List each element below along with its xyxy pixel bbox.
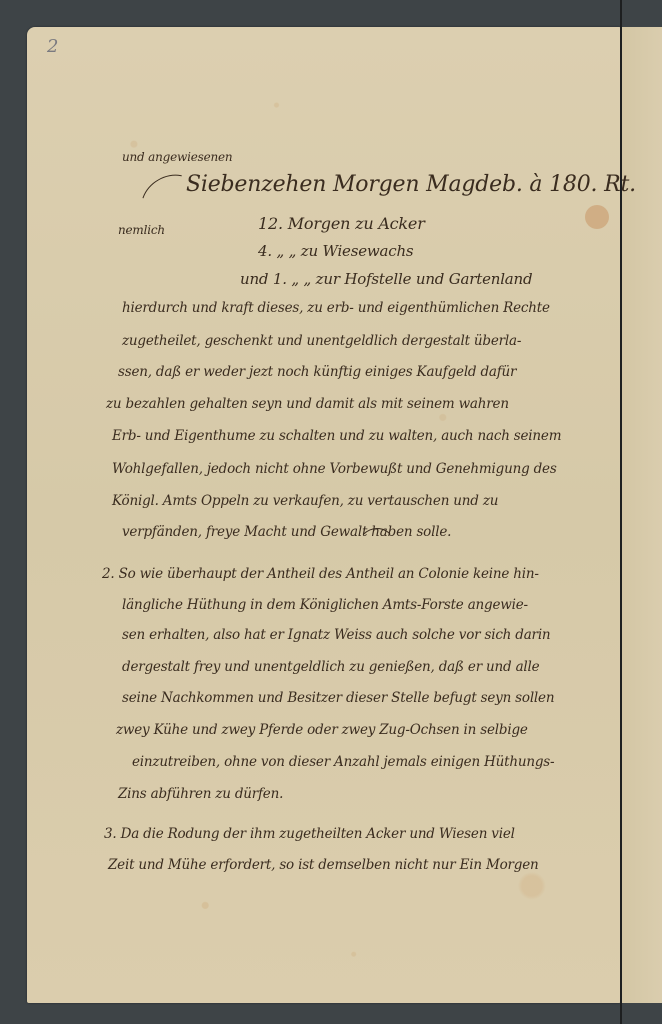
binding-gap xyxy=(620,0,622,1024)
text-line: zugetheilet, geschenkt und unentgeldlich… xyxy=(122,333,521,349)
paper-stain xyxy=(585,205,609,229)
text-line-heading: Siebenzehen Morgen Magdeb. à 180. Rt. xyxy=(186,172,636,197)
text-line: und 1. „ „ zur Hofstelle und Gartenland xyxy=(240,270,532,288)
text-line: zu bezahlen gehalten seyn und damit als … xyxy=(106,396,509,412)
text-line-section-3: 3. Da die Rodung der ihm zugetheilten Ac… xyxy=(104,826,515,842)
text-line: 12. Morgen zu Acker xyxy=(258,214,425,233)
text-line: sen erhalten, also hat er Ignatz Weiss a… xyxy=(122,627,550,643)
text-line: und angewiesenen xyxy=(122,150,232,164)
text-line-section-2: 2. So wie überhaupt der Antheil des Anth… xyxy=(102,566,539,582)
text-line: seine Nachkommen und Besitzer dieser Ste… xyxy=(122,690,554,706)
text-line: einzutreiben, ohne von dieser Anzahl jem… xyxy=(132,754,554,770)
text-line: Zins abführen zu dürfen. xyxy=(118,786,283,802)
text-line: zwey Kühe und zwey Pferde oder zwey Zug-… xyxy=(116,722,528,738)
flourish-ornament xyxy=(358,528,396,566)
text-line: dergestalt frey und unentgeldlich zu gen… xyxy=(122,659,539,675)
text-line: Wohlgefallen, jedoch nicht ohne Vorbewuß… xyxy=(112,461,557,477)
text-line: ssen, daß er weder jezt noch künftig ein… xyxy=(118,364,516,380)
text-line: verpfänden, freye Macht und Gewalt haben… xyxy=(122,524,451,540)
text-line: Zeit und Mühe erfordert, so ist demselbe… xyxy=(108,857,539,873)
folio-number: 2 xyxy=(47,36,58,57)
text-line: längliche Hüthung in dem Königlichen Amt… xyxy=(122,597,528,613)
text-line: hierdurch und kraft dieses, zu erb- und … xyxy=(122,300,550,316)
text-line: Königl. Amts Oppeln zu verkaufen, zu ver… xyxy=(112,493,498,509)
text-line: Erb- und Eigenthume zu schalten und zu w… xyxy=(112,428,561,444)
text-line: 4. „ „ zu Wiesewachs xyxy=(258,242,413,260)
